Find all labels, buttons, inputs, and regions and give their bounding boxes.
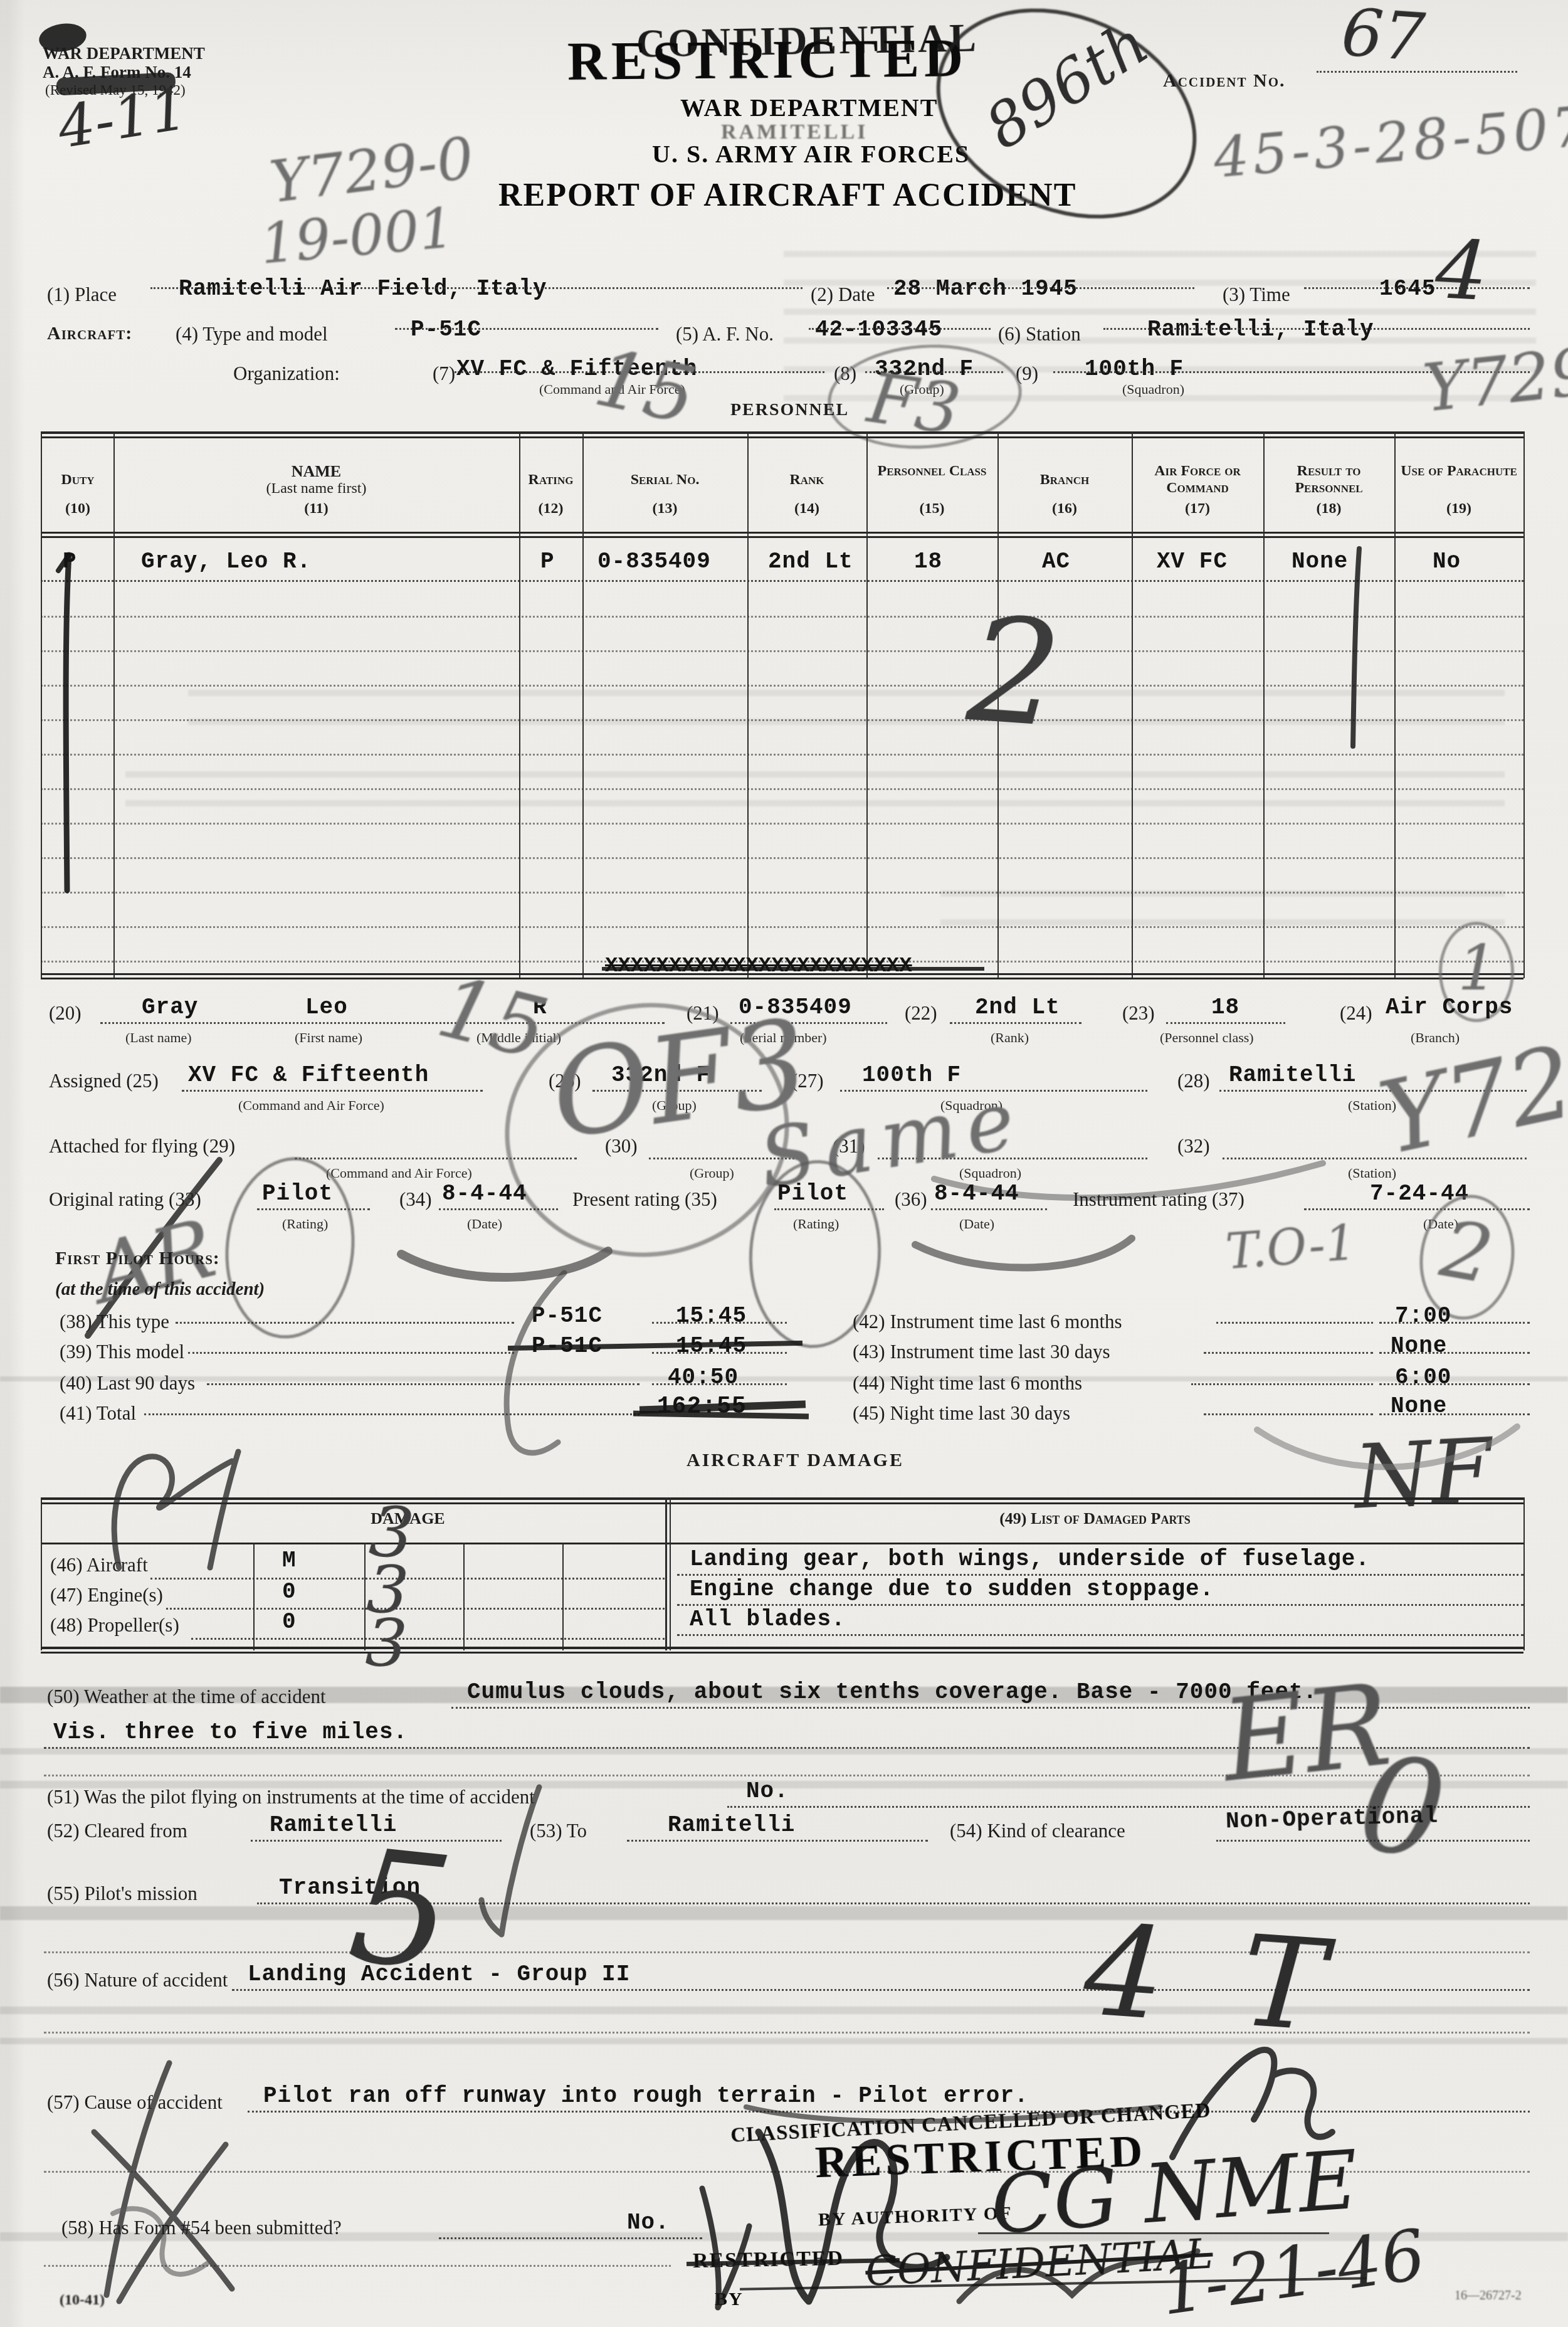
- handwritten-y729-mid: Y729: [1370, 1009, 1568, 1177]
- pilot-first-name: Leo: [305, 995, 348, 1020]
- weather-value-2: Vis. three to five miles.: [53, 1719, 408, 1745]
- row-rating: P: [540, 549, 555, 574]
- instruments-label: (51) Was the pilot flying on instruments…: [47, 1786, 535, 1808]
- f38-hours: 15:45: [676, 1303, 747, 1329]
- f24-label: (24): [1340, 1002, 1372, 1025]
- war-department-heading: WAR DEPARTMENT: [680, 93, 938, 122]
- assigned-station: Ramitelli: [1229, 1062, 1356, 1088]
- col-header-name: NAME: [113, 463, 519, 480]
- clearance-kind-label: (54) Kind of clearance: [950, 1820, 1125, 1842]
- f45-label: (45) Night time last 30 days: [853, 1402, 1070, 1425]
- original-rating-date: 8-4-44: [442, 1181, 527, 1206]
- ink-bleed-through: [940, 890, 1505, 928]
- col-num-18: (18): [1263, 500, 1394, 517]
- col-header-airforce: Air Force or Command: [1132, 463, 1263, 497]
- pen-stroke-result-column: [1342, 546, 1373, 752]
- curve-scrawl-nf: [1248, 1414, 1530, 1496]
- col-num-10: (10): [43, 500, 113, 517]
- f42-value: 7:00: [1395, 1303, 1451, 1329]
- present-rating-date: 8-4-44: [934, 1181, 1019, 1206]
- present-rating-label: Present rating (35): [572, 1188, 717, 1211]
- damaged-parts-column-header: (49) List of Damaged Parts: [666, 1510, 1523, 1527]
- handwritten-15-org: 15: [587, 332, 704, 442]
- scan-streak: [0, 1376, 1568, 1381]
- signature-scrawls: [721, 2094, 1379, 2320]
- station-label: (6) Station: [998, 323, 1081, 346]
- pen-stroke-duty-column: [53, 552, 91, 897]
- f23-label: (23): [1122, 1002, 1155, 1025]
- org-9-value: 100th F: [1085, 356, 1184, 382]
- f43-label: (43) Instrument time last 30 days: [853, 1341, 1110, 1363]
- handwritten-2-class: 2: [963, 586, 1066, 760]
- pilot-class: 18: [1211, 995, 1239, 1020]
- f40-hours: 40:50: [668, 1364, 739, 1390]
- f34-label: (34): [399, 1188, 432, 1211]
- row-class: 18: [914, 549, 942, 574]
- pilot-branch: Air Corps: [1386, 995, 1513, 1020]
- handwritten-4T: 4 T: [1080, 1897, 1349, 2061]
- f47-list: Engine change due to sudden stoppage.: [690, 1576, 1214, 1602]
- pen-mark-52: [464, 1781, 577, 1944]
- cleared-to-value: Ramitelli: [668, 1812, 795, 1838]
- last-name-sublabel: (Last name): [125, 1030, 192, 1046]
- first-pilot-hours-subheading: (at the time of this accident): [55, 1279, 265, 1300]
- f20-label: (20): [49, 1002, 82, 1025]
- f38-label: (38) This type: [60, 1311, 169, 1333]
- handwritten-3c: 3: [364, 1605, 409, 1682]
- weather-label: (50) Weather at the time of accident: [47, 1686, 326, 1708]
- handwritten-big-4: 4: [1433, 221, 1490, 319]
- f28-label: (28): [1177, 1070, 1210, 1092]
- org-9-sublabel: (Squadron): [1122, 381, 1184, 398]
- form-box-dept: WAR DEPARTMENT: [43, 44, 205, 63]
- left-margin-scrawl: [69, 2057, 276, 2308]
- scanned-accident-report-page: WAR DEPARTMENT A. A. F. Form No. 14 (Rev…: [0, 0, 1568, 2327]
- f43-value: None: [1391, 1333, 1447, 1359]
- personnel-heading: PERSONNEL: [730, 400, 849, 420]
- time-label: (3) Time: [1223, 283, 1290, 306]
- organization-prefix: Organization:: [233, 362, 340, 385]
- f42-label: (42) Instrument time last 6 months: [853, 1311, 1122, 1333]
- date-label: (2) Date: [811, 283, 875, 306]
- f48-list: All blades.: [690, 1607, 846, 1632]
- first-name-sublabel: (First name): [295, 1030, 362, 1046]
- col-header-class: Personnel Class: [866, 463, 997, 480]
- prop-scrawl: [82, 1442, 288, 1580]
- row-serial: 0-835409: [597, 549, 711, 574]
- row-branch: AC: [1042, 549, 1070, 574]
- row-name: Gray, Leo R.: [141, 549, 311, 574]
- pilot-last-name: Gray: [142, 995, 198, 1020]
- nature-label: (56) Nature of accident: [47, 1969, 228, 1992]
- usaaf-heading: U. S. ARMY AIR FORCES: [652, 139, 970, 169]
- f48-label: (48) Propeller(s): [50, 1614, 179, 1637]
- underline-scrawl-36: [903, 1210, 1141, 1285]
- col-num-14: (14): [747, 500, 866, 517]
- col-header-result: Result to Personnel: [1263, 463, 1394, 497]
- f40-label: (40) Last 90 days: [60, 1372, 195, 1395]
- first-pilot-hours-heading: First Pilot Hours:: [55, 1248, 220, 1269]
- pilot-rank: 2nd Lt: [975, 995, 1060, 1020]
- f44-label: (44) Night time last 6 months: [853, 1372, 1082, 1395]
- col-num-12: (12): [519, 500, 582, 517]
- row-parachute: No: [1433, 549, 1461, 574]
- form54-value: No.: [627, 2210, 670, 2235]
- struck-out-header: XXXXXXXXXXXXXXXXXXXXXXXX: [605, 954, 912, 978]
- col-header-parachute: Use of Parachute: [1394, 463, 1523, 480]
- handwritten-circled-1: 1: [1458, 931, 1498, 1005]
- place-label: (1) Place: [47, 283, 117, 306]
- col-header-name-sub: (Last name first): [113, 480, 519, 497]
- col-num-19: (19): [1394, 500, 1523, 517]
- attached-command-sublabel: (Command and Air Force): [326, 1165, 472, 1181]
- cleared-from-label: (52) Cleared from: [47, 1820, 187, 1842]
- f36-label: (36): [895, 1188, 927, 1211]
- type-model-label: (4) Type and model: [176, 323, 328, 346]
- restricted-stamp: RESTRICTED: [567, 26, 969, 93]
- assigned-label: Assigned (25): [49, 1070, 159, 1092]
- row-airforce: XV FC: [1157, 549, 1228, 574]
- handwritten-accident-number: 45-3-28-507: [1211, 93, 1568, 191]
- f44-value: 6:00: [1395, 1364, 1451, 1390]
- ink-bleed-through: [125, 771, 1505, 815]
- attached-station-sublabel: (Station): [1348, 1165, 1396, 1181]
- handwritten-67: 67: [1339, 0, 1428, 76]
- col-header-duty: Duty: [43, 472, 113, 488]
- col-num-11: (11): [113, 500, 519, 517]
- col-num-13: (13): [582, 500, 747, 517]
- nature-value: Landing Accident - Group II: [248, 1961, 630, 1987]
- row-result: None: [1292, 549, 1348, 574]
- col-num-17: (17): [1132, 500, 1263, 517]
- ink-bleed-through: [188, 690, 1505, 746]
- f41-label: (41) Total: [60, 1402, 136, 1425]
- branch-sublabel: (Branch): [1411, 1030, 1460, 1046]
- org-7-label: (7): [433, 362, 455, 385]
- assigned-command-sublabel: (Command and Air Force): [238, 1097, 384, 1114]
- col-num-16: (16): [997, 500, 1132, 517]
- rank-sublabel: (Rank): [991, 1030, 1029, 1046]
- af-no-label: (5) A. F. No.: [676, 323, 774, 346]
- footer-print-code: 16—26727-2: [1455, 2289, 1522, 2303]
- f22-label: (22): [905, 1002, 937, 1025]
- aircraft-damage-title: AIRCRAFT DAMAGE: [687, 1450, 904, 1471]
- footer-form-code: (10-41): [60, 2292, 105, 2309]
- f46-list: Landing gear, both wings, underside of f…: [690, 1546, 1370, 1572]
- mission-label: (55) Pilot's mission: [47, 1882, 197, 1905]
- report-title: REPORT OF AIRCRAFT ACCIDENT: [498, 177, 1076, 214]
- col-header-branch: Branch: [997, 472, 1132, 488]
- assigned-command: XV FC & Fifteenth: [188, 1062, 429, 1088]
- check-scrawl-58: [683, 2176, 759, 2314]
- f47-label: (47) Engine(s): [50, 1584, 163, 1607]
- f48-code: 0: [282, 1609, 297, 1635]
- form54-label: (58) Has Form #54 been submitted?: [61, 2217, 342, 2239]
- aircraft-prefix: Aircraft:: [47, 323, 132, 344]
- class-sublabel: (Personnel class): [1160, 1030, 1254, 1046]
- f47-code: 0: [282, 1579, 297, 1605]
- weather-value-1: Cumulus clouds, about six tenths coverag…: [467, 1679, 1317, 1705]
- pen-slash-hours: [464, 1267, 577, 1474]
- col-header-rank: Rank: [747, 472, 866, 488]
- row-rank: 2nd Lt: [768, 549, 853, 574]
- col-header-rating: Rating: [519, 472, 582, 488]
- instrument-rating-label: Instrument rating (37): [1073, 1188, 1244, 1211]
- col-num-15: (15): [866, 500, 997, 517]
- handwritten-to1: T.O-1: [1224, 1215, 1358, 1280]
- col-header-serial: Serial No.: [582, 472, 747, 488]
- f39-label: (39) This model: [60, 1341, 184, 1363]
- instruments-value: No.: [746, 1778, 789, 1804]
